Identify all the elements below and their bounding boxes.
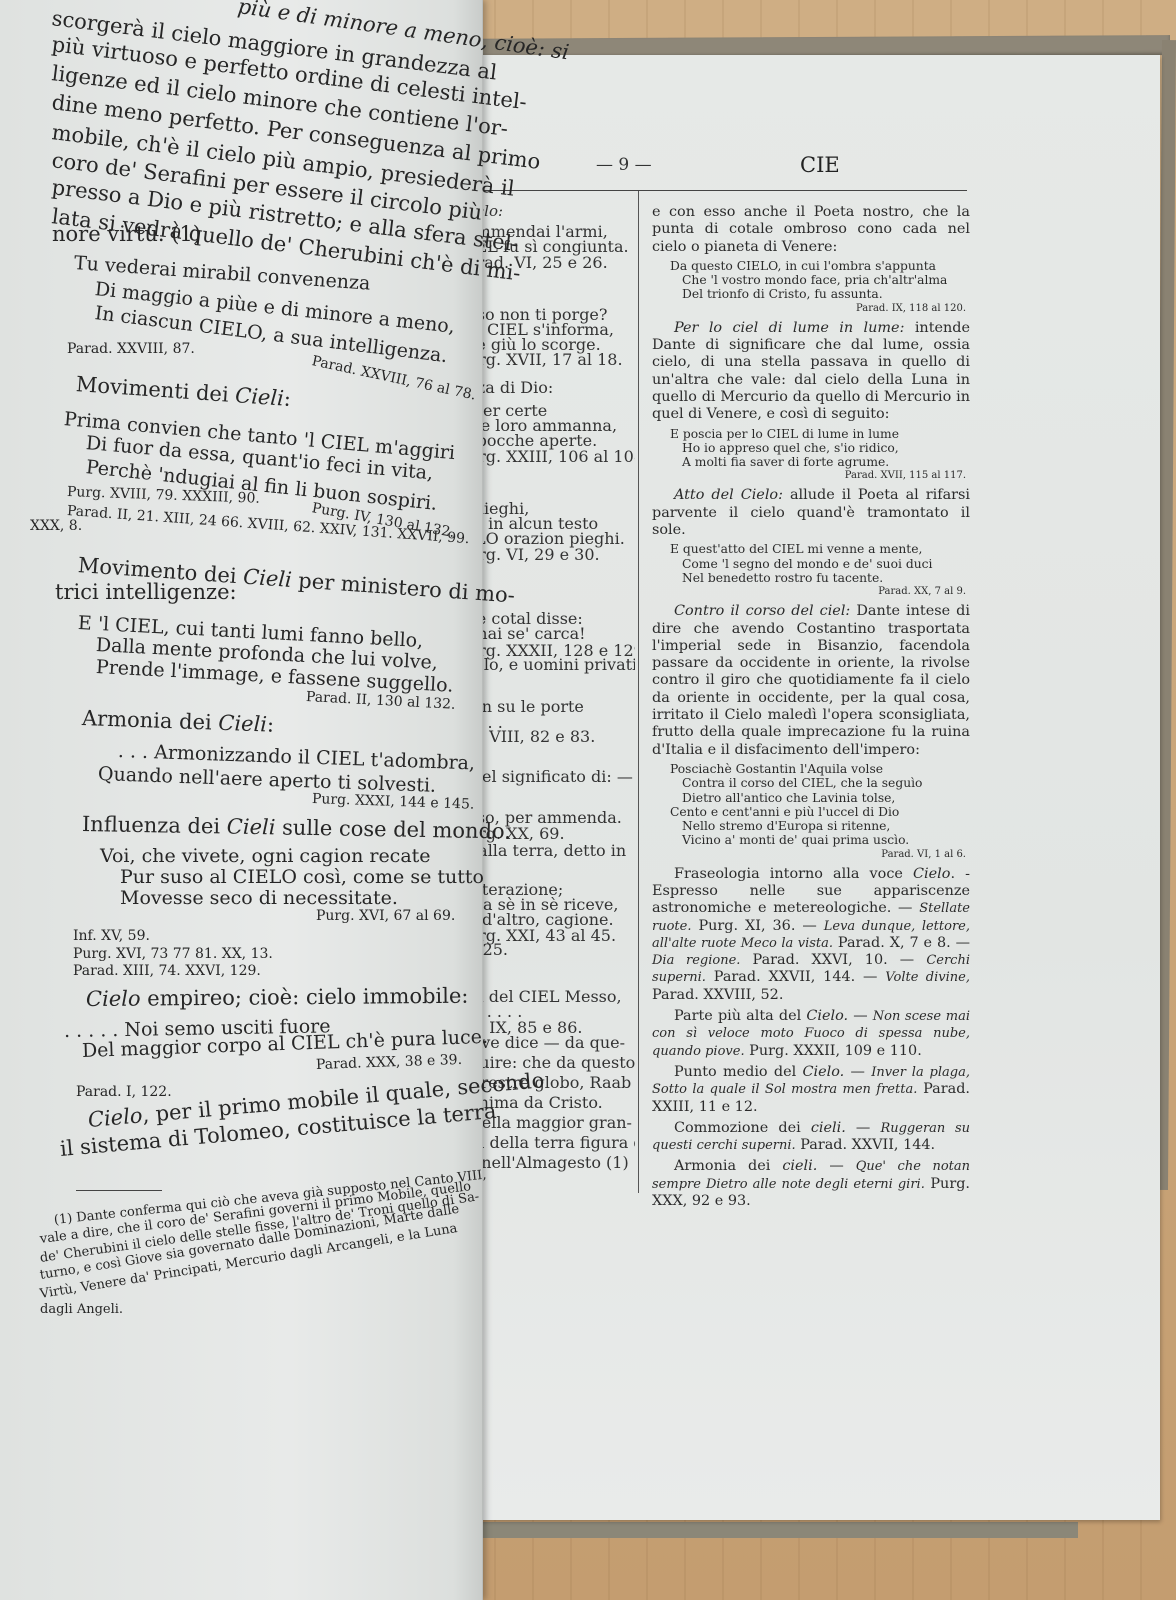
running-head: CIE (800, 153, 840, 177)
paragraph: Punto medio del Cielo. — Inver la plaga,… (652, 1064, 970, 1116)
verse-block: E quest'atto del CIEL mi venne a mente, … (670, 542, 970, 585)
left-page: più e di minore a meno, cioè: si scorger… (0, 0, 483, 1600)
book-cover-edge-bottom (478, 1522, 1078, 1538)
paragraph: Per lo ciel di lume in lume: intende Dan… (652, 320, 970, 424)
paragraph: Contro il corso del ciel: Dante intese d… (652, 603, 970, 759)
right-column: e con esso anche il Poeta nostro, che la… (652, 204, 970, 1210)
paragraph: Armonia dei cieli. — Que' che notan semp… (652, 1158, 970, 1210)
verse-block: E poscia per lo CIEL di lume in lume Ho … (670, 427, 970, 470)
section-heading: Armonia dei Cieli: (82, 706, 275, 737)
verse-block: Da questo CIELO, in cui l'ombra s'appunt… (670, 259, 970, 302)
citation: Parad. VI, 1 al 6. (652, 849, 966, 860)
column-rule (638, 191, 639, 1193)
paragraph: e con esso anche il Poeta nostro, che la… (652, 204, 970, 256)
citation: Parad. XX, 7 al 9. (652, 586, 966, 597)
footnote-rule (76, 1190, 162, 1191)
header-rule (455, 190, 967, 191)
paragraph: Atto del Cielo: allude il Poeta al rifar… (652, 487, 970, 539)
section-heading: Influenza dei Cieli sulle cose del mondo… (82, 812, 511, 843)
section-heading: Cielo empireo; cioè: cielo immobile: (86, 984, 469, 1011)
citation: Parad. XVII, 115 al 117. (652, 470, 966, 481)
paragraph: Fraseologia intorno alla voce Cielo. - E… (652, 866, 970, 1004)
verse-block: Posciachè Gostantin l'Aquila volse Contr… (670, 762, 970, 848)
page-number: — 9 — (596, 155, 652, 175)
paragraph: Commozione dei cieli. — Ruggeran su ques… (652, 1120, 970, 1155)
citation: Parad. IX, 118 al 120. (652, 303, 966, 314)
section-heading: Movimenti dei Cieli: (75, 372, 292, 411)
paragraph: Parte più alta del Cielo. — Non scese ma… (652, 1008, 970, 1060)
